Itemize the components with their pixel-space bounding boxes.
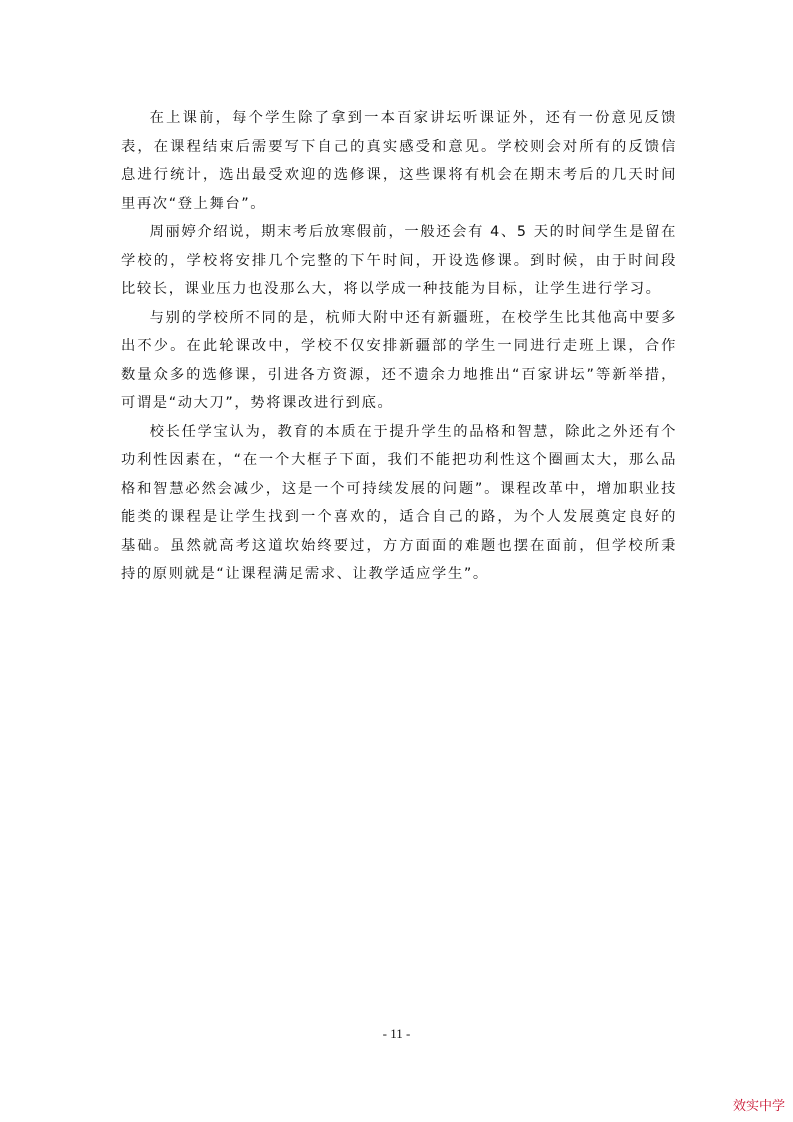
paragraph-xinjiang-class: 与别的学校所不同的是，杭师大附中还有新疆班，在校学生比其他高中要多出不少。在此轮… [121, 304, 677, 418]
paragraph-feedback: 在上课前，每个学生除了拿到一本百家讲坛听课证外，还有一份意见反馈表，在课程结束后… [121, 104, 677, 218]
page-number: - 11 - [0, 1026, 793, 1042]
document-page: 在上课前，每个学生除了拿到一本百家讲坛听课证外，还有一份意见反馈表，在课程结束后… [0, 0, 793, 1122]
body-text: 在上课前，每个学生除了拿到一本百家讲坛听课证外，还有一份意见反馈表，在课程结束后… [121, 104, 677, 589]
paragraph-principal-view: 校长任学宝认为，教育的本质在于提升学生的品格和智慧，除此之外还有个功利性因素在，… [121, 418, 677, 589]
paragraph-winter-break: 周丽婷介绍说，期末考后放寒假前，一般还会有 4、5 天的时间学生是留在学校的，学… [121, 218, 677, 304]
watermark: 效实中学 [733, 1095, 785, 1114]
